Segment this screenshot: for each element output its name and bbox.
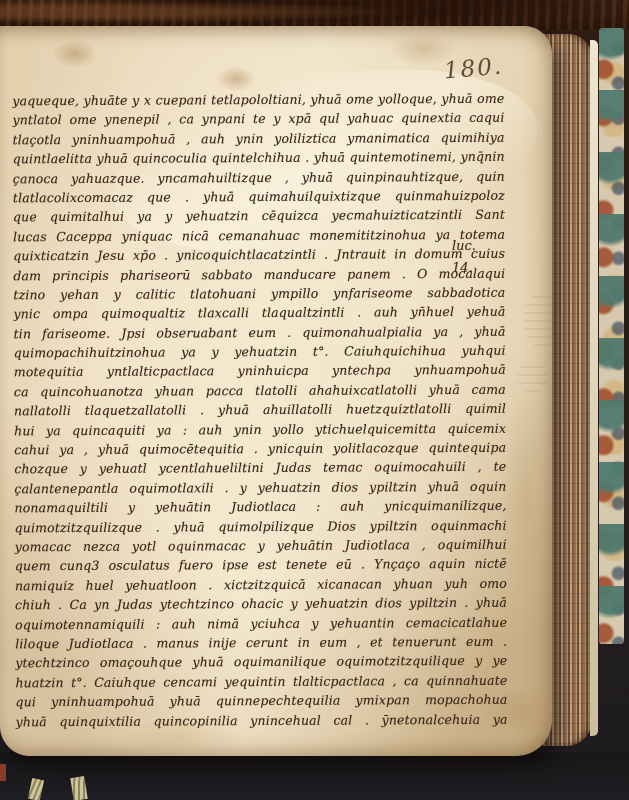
manuscript-line: tlatlacolixcomacaz que . yhuā quimahuilq…: [13, 186, 505, 208]
marbled-endpaper: [599, 28, 624, 644]
margin-note-book: luc.: [452, 236, 492, 258]
stain: [52, 40, 98, 68]
manuscript-line: tin fariseome. Jpsi obseruabant eum . qu…: [14, 321, 506, 343]
manuscript-line: yomacac nezca yotl oquinmacac y yehuātin…: [15, 535, 507, 557]
open-book: 180. yaqueque, yhuāte y x cuepani tetlap…: [0, 26, 598, 758]
page-edge-highlight: [590, 40, 598, 736]
shelf-shadow: [0, 752, 629, 800]
manuscript-page: 180. yaqueque, yhuāte y x cuepani tetlap…: [0, 26, 552, 756]
manuscript-line: dam principis phariseorū sabbato manduca…: [13, 263, 505, 285]
manuscript-line: hui ya quincaquiti ya : auh ynin yollo y…: [14, 418, 506, 440]
manuscript-line: ca quincohuanotza yhuan pacca tlatolli a…: [14, 380, 506, 402]
manuscript-line: yntlatol ome ynenepil , ca ynpani te y x…: [12, 108, 504, 130]
manuscript-line: chiuh . Ca yn Judas ytechtzinco ohacic y…: [15, 593, 507, 615]
manuscript-line: nonamaquiltili y yehuātin Judiotlaca : a…: [14, 496, 506, 518]
manuscript-line: chozque y yehuatl ycentlahueliltini Juda…: [14, 457, 506, 479]
manuscript-line: namiquiz huel yehuatloon . xictzitzquicā…: [15, 573, 507, 595]
manuscript-line: ytechtzinco omaçouhque yhuā oquimaniliqu…: [15, 651, 507, 673]
manuscript-text-block: yaqueque, yhuāte y x cuepani tetlapololt…: [12, 89, 507, 731]
stain: [500, 386, 548, 606]
ink-show-through: [518, 362, 548, 392]
manuscript-line: quimopachihuitzinohua ya y yehuatzin t°.…: [14, 341, 506, 363]
manuscript-line: tlaçotla yninhuampohuā , auh ynin yolili…: [13, 127, 505, 149]
manuscript-line: ynic ompa quimoqualtiz tlaxcalli tlaqual…: [13, 302, 505, 324]
manuscript-line: nallatolli tlaquetzallatolli . yhuā ahui…: [14, 399, 506, 421]
manuscript-line: qui yninhuampohuā yhuā quinnepechtequili…: [15, 690, 507, 712]
manuscript-line: motequitia yntlalticpactlaca yninhuicpa …: [14, 360, 506, 382]
manuscript-line: cahui ya , yhuā quimocētequitia . ynicqu…: [14, 438, 506, 460]
manuscript-line: quixticatzin Jesu xp̄o . ynicoquichtlaca…: [13, 244, 505, 266]
manuscript-line: çanoca yahuazque. yncamahuiltizque , yhu…: [13, 166, 505, 188]
manuscript-line: yaqueque, yhuāte y x cuepani tetlapololt…: [12, 89, 504, 111]
red-cover-sliver: [0, 764, 6, 781]
manuscript-line: lucas Caceppa yniquac nicā cemanahuac mo…: [13, 224, 505, 246]
manuscript-line: quimotzitzquilizque . yhuā quimolpilizqu…: [15, 515, 507, 537]
margin-note-chapter: 14.: [452, 258, 492, 280]
stain: [216, 66, 256, 92]
manuscript-line: quintlaelitta yhuā quincoculia quintelch…: [13, 147, 505, 169]
manuscript-line: oquimotennamiquili : auh nimā yciuhca y …: [15, 612, 507, 634]
manuscript-line: çalantenepantla oquimotlaxili . y yehuat…: [14, 477, 506, 499]
folio-number: 180.: [443, 55, 504, 83]
manuscript-line: tzino yehan y calitic tlatohuani ympillo…: [13, 283, 505, 305]
manuscript-line: yhuā quinquixtilia quincopinilia yninceh…: [16, 709, 508, 731]
manuscript-line: quem cunq3 osculatus fuero ipse est tene…: [15, 554, 507, 576]
manuscript-line: huatzin t°. Caiuhque cencami yequintin t…: [15, 670, 507, 692]
manuscript-line: que quimitalhui ya y yehuatzin cēquizca …: [13, 205, 505, 227]
manuscript-line: liloque Judiotlaca . manus inije cerunt …: [15, 632, 507, 654]
margin-note: luc. 14.: [452, 236, 492, 280]
